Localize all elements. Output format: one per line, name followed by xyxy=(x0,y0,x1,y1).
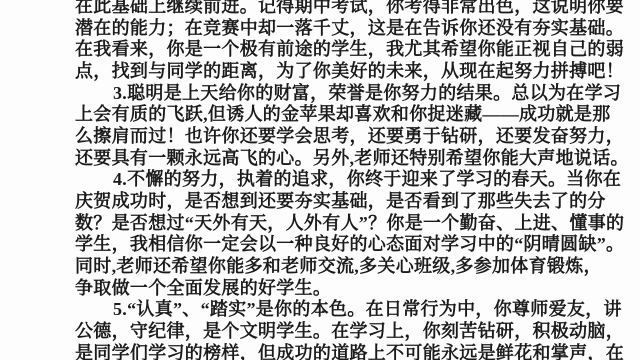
text-line-cut-off: 是同学们学习的榜样，但成功的道路上不可能永远是鲜花和掌声，在 xyxy=(75,343,631,360)
text-line: 庆贺成功时，是否想到还要夯实基础，是否看到了那些失去了的分 xyxy=(75,191,631,213)
text-line: 还要具有一颗永远高飞的心。另外,老师还特别希望你能大声地说话。 xyxy=(75,148,631,170)
student-comments-text-block: 在此基础上继续前进。记得期中考试，你考得非常出色，这说明你要 潜在的能力；在竞赛… xyxy=(75,0,631,360)
text-line: 么擦肩而过！也许你还要学会思考，还要勇于钻研，还要发奋努力， xyxy=(75,126,631,148)
text-line: 点，找到与同学的距离，为了你美好的未来，从现在起努力拼搏吧！ xyxy=(75,61,631,83)
document-page: 在此基础上继续前进。记得期中考试，你考得非常出色，这说明你要 潜在的能力；在竞赛… xyxy=(0,0,640,360)
text-line: 上会有质的飞跃,但诱人的金苹果却喜欢和你捉迷藏——成功就是那 xyxy=(75,104,631,126)
text-line: 潜在的能力；在竞赛中却一落千丈，这是在告诉你还没有夯实基础。 xyxy=(75,18,631,40)
text-line: 在我看来，你是一个极有前途的学生，我尤其希望你能正视自己的弱 xyxy=(75,39,631,61)
text-line: 争取做一个全面发展的好学生。 xyxy=(75,278,631,300)
text-line: 同时,老师还希望你能多和老师交流,多关心班级,多参加体育锻炼， xyxy=(75,256,631,278)
text-line-paragraph-5-start: 5.“认真”、“踏实”是你的本色。在日常行为中，你尊师爱友，讲 xyxy=(75,299,631,321)
text-line: 在此基础上继续前进。记得期中考试，你考得非常出色，这说明你要 xyxy=(75,0,631,18)
text-line: 数？是否想过“天外有天，人外有人”？你是一个勤奋、上进、懂事的 xyxy=(75,213,631,235)
text-line-paragraph-3-start: 3.聪明是上天给你的财富，荣誉是你努力的结果。总以为在学习 xyxy=(75,83,631,105)
text-line: 学生，我相信你一定会以一种良好的心态面对学习中的“阴晴圆缺”。 xyxy=(75,234,631,256)
text-line: 公德，守纪律，是个文明学生。在学习上，你刻苦钻研，积极动脑， xyxy=(75,321,631,343)
text-line-paragraph-4-start: 4.不懈的努力，执着的追求，你终于迎来了学习的春天。当你在 xyxy=(75,169,631,191)
